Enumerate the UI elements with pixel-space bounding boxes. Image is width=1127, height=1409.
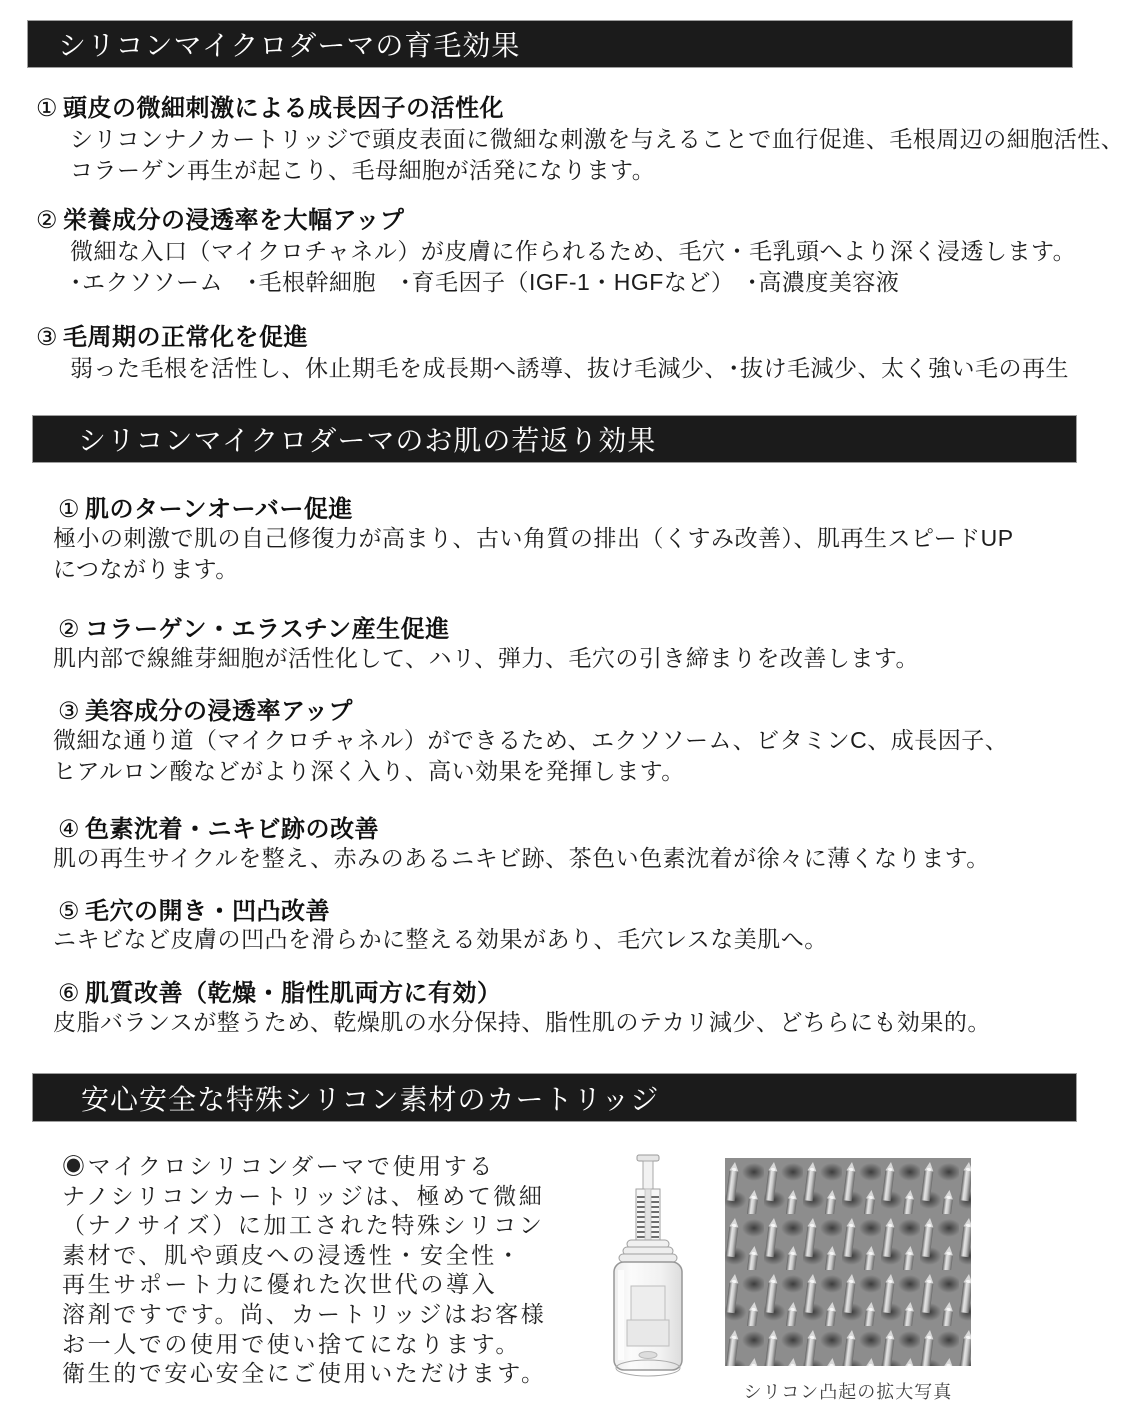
- item-body-line: ニキビなど皮膚の凹凸を滑らかに整える効果があり、毛穴レスな美肌へ。: [53, 921, 828, 954]
- section-title: シリコンマイクロダーマの育毛効果: [58, 24, 520, 64]
- item-heading: ③毛周期の正常化を促進: [36, 317, 308, 352]
- item-body-line: 肌内部で線維芽細胞が活性化して、ハリ、弾力、毛穴の引き締まりを改善します。: [53, 640, 919, 673]
- item-body-line: ･エクソソーム ･毛根幹細胞 ･育毛因子（IGF-1・HGFなど） ･高濃度美容…: [70, 264, 899, 297]
- silicone-surface-photo: [725, 1158, 971, 1371]
- cartridge-paragraph-line: 再生サポート力に優れた次世代の導入: [62, 1270, 547, 1300]
- cartridge-paragraph-line: 溶剤ですです。尚、カートリッジはお客様: [62, 1300, 547, 1330]
- needle-cartridge-illustration: [600, 1152, 696, 1385]
- section-header-cartridge: 安心安全な特殊シリコン素材のカートリッジ: [32, 1073, 1077, 1122]
- item-body-line: につながります。: [53, 551, 239, 584]
- item-body-line: 皮脂バランスが整うため、乾燥肌の水分保持、脂性肌のテカリ減少、どちらにも効果的。: [53, 1004, 991, 1037]
- item-body-line: 微細な入口（マイクロチャネル）が皮膚に作られるため、毛穴・毛乳頭へより深く浸透し…: [70, 233, 1076, 266]
- cartridge-paragraph-line: 素材で、肌や頭皮への浸透性・安全性・: [62, 1241, 547, 1271]
- cartridge-paragraph-line: （ナノサイズ）に加工された特殊シリコン: [62, 1211, 547, 1241]
- cartridge-paragraph-line: お一人での使用で使い捨てになります。: [62, 1330, 547, 1360]
- item-heading: ②栄養成分の浸透率を大幅アップ: [36, 200, 404, 235]
- item-body-line: 極小の刺激で肌の自己修復力が高まり、古い角質の排出（くすみ改善）、肌再生スピード…: [53, 520, 1014, 553]
- document-page: シリコンマイクロダーマの育毛効果 ①頭皮の微細刺激による成長因子の活性化 シリコ…: [0, 0, 1127, 1409]
- cartridge-paragraph-line: ナノシリコンカートリッジは、極めて微細: [62, 1182, 547, 1212]
- item-number: ①: [58, 496, 80, 523]
- item-number: ⑥: [58, 980, 80, 1007]
- item-heading: ①肌のターンオーバー促進: [58, 489, 353, 524]
- item-body-line: 微細な通り道（マイクロチャネル）ができるため、エクソソーム、ビタミンC、成長因子…: [53, 722, 1008, 755]
- item-number: ③: [58, 698, 80, 725]
- item-body-line: 肌の再生サイクルを整え、赤みのあるニキビ跡、茶色い色素沈着が徐々に薄くなります。: [53, 840, 990, 873]
- photo-caption: シリコン凸起の拡大写真: [725, 1378, 971, 1404]
- item-body-line: 弱った毛根を活性し、休止期毛を成長期へ誘導、抜け毛減少、･抜け毛減少、太く強い毛…: [70, 350, 1069, 383]
- item-heading: ⑥肌質改善（乾燥・脂性肌両方に有効）: [58, 973, 502, 1008]
- item-number: ②: [36, 207, 58, 234]
- item-heading-text: コラーゲン・エラスチン産生促進: [85, 616, 450, 643]
- item-number: ④: [58, 816, 80, 843]
- item-heading: ④色素沈着・ニキビ跡の改善: [58, 809, 379, 844]
- item-heading-text: 肌質改善（乾燥・脂性肌両方に有効）: [85, 980, 502, 1007]
- item-heading: ③美容成分の浸透率アップ: [58, 691, 353, 726]
- cartridge-paragraph-line: 衛生的で安心安全にご使用いただけます。: [62, 1359, 547, 1389]
- item-heading: ②コラーゲン・エラスチン産生促進: [58, 609, 450, 644]
- section-title: シリコンマイクロダーマのお肌の若返り効果: [78, 419, 656, 459]
- section-header-skin-rejuvenation: シリコンマイクロダーマのお肌の若返り効果: [32, 415, 1077, 463]
- item-heading-text: 栄養成分の浸透率を大幅アップ: [63, 207, 404, 234]
- item-heading-text: 色素沈着・ニキビ跡の改善: [85, 816, 379, 843]
- section-title: 安心安全な特殊シリコン素材のカートリッジ: [81, 1078, 659, 1118]
- cartridge-paragraph-line: ◉マイクロシリコンダーマで使用する: [62, 1152, 547, 1182]
- item-heading-text: 肌のターンオーバー促進: [85, 496, 353, 523]
- section-header-hair-growth: シリコンマイクロダーマの育毛効果: [27, 20, 1073, 68]
- item-body-line: コラーゲン再生が起こり、毛母細胞が活発になります。: [70, 152, 655, 185]
- item-number: ②: [58, 616, 80, 643]
- cartridge-paragraph: ◉マイクロシリコンダーマで使用する ナノシリコンカートリッジは、極めて微細 （ナ…: [62, 1152, 547, 1389]
- item-body-line: ヒアルロン酸などがより深く入り、高い効果を発揮します。: [53, 753, 685, 786]
- item-body-line: シリコンナノカートリッジで頭皮表面に微細な刺激を与えることで血行促進、毛根周辺の…: [70, 121, 1124, 154]
- item-heading: ①頭皮の微細刺激による成長因子の活性化: [36, 88, 504, 123]
- item-heading-text: 頭皮の微細刺激による成長因子の活性化: [63, 95, 504, 122]
- item-heading-text: 美容成分の浸透率アップ: [85, 698, 353, 725]
- item-number: ③: [36, 324, 58, 351]
- item-heading-text: 毛周期の正常化を促進: [63, 324, 308, 351]
- item-number: ①: [36, 95, 58, 122]
